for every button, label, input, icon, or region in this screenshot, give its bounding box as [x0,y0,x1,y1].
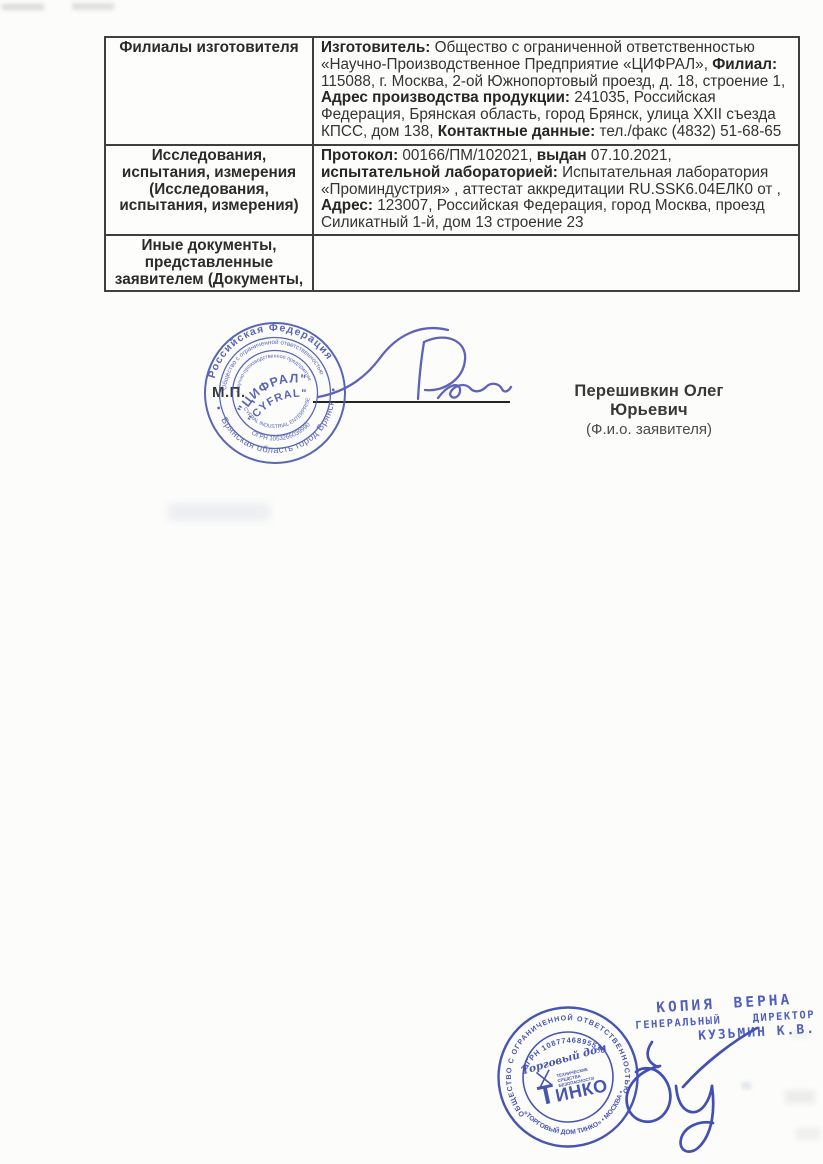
row-label-line: испытания, измерения [109,165,309,182]
text-segment: Адрес: [321,197,373,214]
row-label-line: представленные [109,255,309,272]
row-label-line: Филиалы изготовителя [109,40,309,57]
row-label-line: испытания, измерения) [109,198,309,215]
scan-artifact [2,4,44,10]
scan-artifact [796,1128,820,1140]
row-label-line: Исследования, [109,148,309,165]
text-segment: Филиал: [712,56,777,73]
text-segment: 115088, г. Москва, 2-ой Южнопортовый про… [321,73,785,90]
row-label: Исследования, испытания, измерения (Иссл… [106,146,314,234]
text-segment: 123007, Российская Федерация, город Моск… [321,197,765,231]
scan-artifact [785,1090,815,1104]
row-label-line: заявителем (Документы, [109,272,309,289]
text-segment: Протокол: [321,147,398,164]
row-content: Изготовитель: Общество с ограниченной от… [314,38,798,144]
text-segment: 00166/ПМ/102021, [398,147,537,164]
scan-artifact [72,3,114,10]
text-segment: 07.10.2021, [587,147,672,164]
tinko-round-stamp: ОБЩЕСТВО С ОГРАНИЧЕННОЙ ОТВЕТСТВЕННОСТЬЮ… [495,1004,641,1150]
scan-artifact [742,1082,751,1089]
text-segment: выдан [537,147,587,164]
table-row-tests: Исследования, испытания, измерения (Иссл… [106,144,798,234]
table-row-manufacturer-branches: Филиалы изготовителя Изготовитель: Общес… [106,38,798,144]
row-label-line: (Исследования, [109,182,309,199]
scanned-document-page: Филиалы изготовителя Изготовитель: Общес… [0,0,823,1164]
text-segment: Адрес производства продукции: [321,89,570,106]
text-segment: испытательной лабораторией: [321,164,558,181]
text-segment: тел./факс (4832) 51-68-65 [595,123,781,140]
declaration-table: Филиалы изготовителя Изготовитель: Общес… [104,36,800,292]
scan-artifact [168,503,270,521]
row-label: Иные документы, представленные заявителе… [106,236,314,290]
declarant-block: Перешивкин Олег Юрьевич (Ф.и.о. заявител… [540,382,758,438]
text-segment: Изготовитель: [321,39,430,56]
stamp-texts: Российская Федерация Брянская область го… [202,320,348,465]
table-row-other-documents: Иные документы, представленные заявителе… [106,234,798,290]
row-label-line: Иные документы, [109,238,309,255]
row-label: Филиалы изготовителя [106,38,314,144]
row-content-empty [314,236,798,290]
cyfral-round-stamp: Российская Федерация Брянская область го… [202,320,348,466]
text-segment: Контактные данные: [438,123,596,140]
stamp-texts: ОБЩЕСТВО С ОГРАНИЧЕННОЙ ОТВЕТСТВЕННОСТЬЮ… [495,1004,641,1148]
row-content: Протокол: 00166/ПМ/102021, выдан 07.10.2… [314,146,798,234]
copy-verified-stamp: КОПИЯ ВЕРНА ГЕНЕРАЛЬНЫЙ ДИРЕКТОР КУЗЬМИН… [630,991,818,1048]
declarant-caption: (Ф.и.о. заявителя) [540,421,758,438]
declarant-name: Перешивкин Олег Юрьевич [540,382,758,420]
